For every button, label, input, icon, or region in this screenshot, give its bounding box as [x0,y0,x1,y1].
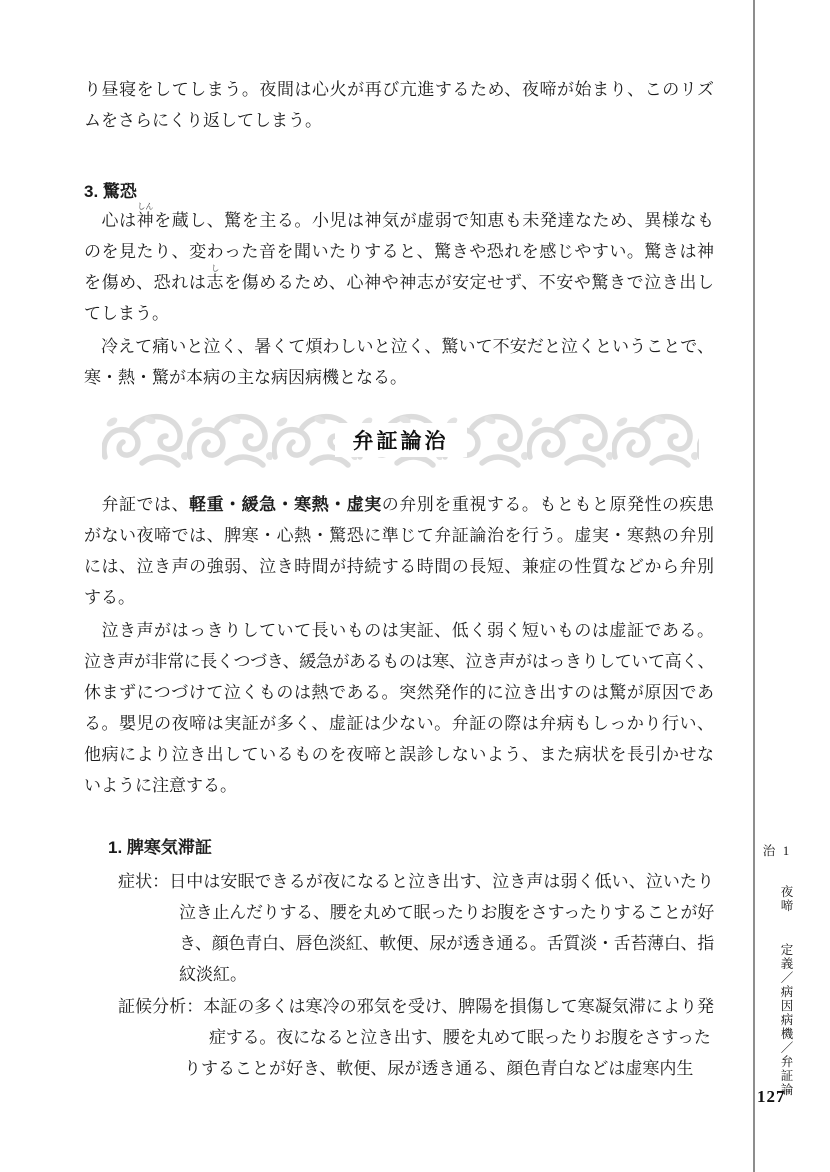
text-line: り昼寝をしてしまう。夜間は心火が再び亢進するため、夜啼が始まり、このリズ [84,74,714,105]
section-banner-title: 弁証論治 [335,423,467,457]
text-segment: ムをさらにくり返してしまう。 [84,111,322,130]
text-segment: き、顔色青白、唇色淡紅、軟便、尿が透き通る。舌質淡・舌苔薄白、指 [179,934,714,953]
text-segment: 1. 脾寒気滞証 [108,838,212,857]
text-line: てしまう。 [84,298,714,329]
text-line: 泣き止んだりする、腰を丸めて眠ったりお腹をさすったりすることが好 [179,897,714,928]
text-line: には、泣き声の強弱、泣き時間が持続する時間の長短、兼症の性質などから弁別 [84,551,714,582]
text-line: 症する。夜になると泣き出す、腰を丸めて眠ったりお腹をさすった [209,1022,714,1053]
text-segment: てしまう。 [84,304,169,323]
text-segment: 泣き止んだりする、腰を丸めて眠ったりお腹をさすったりすることが好 [179,903,714,922]
text-segment: り昼寝をしてしまう。夜間は心火が再び亢進するため、夜啼が始まり、このリズ [84,80,714,99]
block-shoukou-bunseki: 証候分析：本証の多くは寒冷の邪気を受け、脾陽を損傷して寒凝気滞により発症する。夜… [84,991,714,1084]
text-segment: する。 [84,588,135,607]
text-line: 泣き声が非常に長くつづき、緩急があるものは寒、泣き声がはっきりしていて高く、 [84,646,714,677]
ruby-annotation: し [211,265,219,273]
paragraph-summary: 冷えて痛いと泣く、暑くて煩わしいと泣く、驚いて不安だと泣くということで、寒・熱・… [84,331,714,393]
text-line: き、顔色青白、唇色淡紅、軟便、尿が透き通る。舌質淡・舌苔薄白、指 [179,928,714,959]
text-line: 泣き声がはっきりしていて長いものは実証、低く弱く短いものは虚証である。 [84,615,714,646]
heading-kyoukyou: 3. 驚恐 [84,176,714,207]
section-banner: 弁証論治 [102,411,699,468]
text-line: 証候分析：本証の多くは寒冷の邪気を受け、脾陽を損傷して寒凝気滞により発 [118,991,714,1022]
text-segment: 心は [84,211,137,230]
paragraph-rhythm: り昼寝をしてしまう。夜間は心火が再び亢進するため、夜啼が始まり、このリズムをさら… [84,74,714,136]
text-segment: を傷めるため、心神や神志が安定せず、不安や驚きで泣き出し [224,273,714,292]
text-segment: 紋淡紅。 [179,965,247,984]
text-line: 寒・熱・驚が本病の主な病因病機となる。 [84,362,714,393]
emphasized-text: 軽重・緩急・寒熱・虚実 [189,495,382,514]
page-number: 127 [757,1087,786,1107]
heading-hikan-kitai: 1. 脾寒気滞証 [84,832,714,863]
text-line: を傷め、恐れは志しを傷めるため、心神や神志が安定せず、不安や驚きで泣き出し [84,267,714,298]
text-segment: の弁別を重視する。もともと原発性の疾患 [382,495,714,514]
text-line: 紋淡紅。 [179,959,714,990]
text-segment: には、泣き声の強弱、泣き時間が持続する時間の長短、兼症の性質などから弁別 [84,557,714,576]
text-segment: 神しん [137,211,155,230]
text-line: 1. 脾寒気滞証 [108,832,714,863]
text-line: 弁証では、軽重・緩急・寒熱・虚実の弁別を重視する。もともと原発性の疾患 [84,489,714,520]
text-segment: 弁証では、 [84,495,189,514]
book-page: り昼寝をしてしまう。夜間は心火が再び亢進するため、夜啼が始まり、このリズムをさら… [0,0,830,1172]
text-segment: 泣き声が非常に長くつづき、緩急があるものは寒、泣き声がはっきりしていて高く、 [84,652,714,671]
chapter-title: 夜啼 [779,875,793,913]
text-line: 心は神しんを蔵し、驚を主る。小児は神気が虚弱で知恵も未発達なため、異様なも [84,205,714,236]
text-line: 他病により泣き出しているものを夜啼と誤診しないよう、また病状を長引かせな [84,739,714,770]
text-segment: 寒・熱・驚が本病の主な病因病機となる。 [84,368,407,387]
text-line: のを見たり、変わった音を聞いたりすると、驚きや恐れを感じやすい。驚きは神 [84,236,714,267]
sidebar-rule [753,0,755,1172]
text-segment: を蔵し、驚を主る。小児は神気が虚弱で知恵も未発達なため、異様なも [154,211,714,230]
text-line: いように注意する。 [84,770,714,801]
text-line: りすることが好き、軟便、尿が透き通る、顔色青白などは虚寒内生 [184,1053,714,1084]
text-segment: のを見たり、変わった音を聞いたりすると、驚きや恐れを感じやすい。驚きは神 [84,242,714,261]
sidebar-chapter-marker: 1 夜啼 定義／病因病機／弁証論治 [759,844,795,1104]
paragraph-kyoukyou: 心は神しんを蔵し、驚を主る。小児は神気が虚弱で知恵も未発達なため、異様なものを見… [84,205,714,329]
text-line: がない夜啼では、脾寒・心熱・驚恐に準じて弁証論治を行う。虚実・寒熱の弁別 [84,520,714,551]
text-segment: いように注意する。 [84,776,237,795]
text-segment: 志し [206,273,224,292]
text-segment: りすることが好き、軟便、尿が透き通る、顔色青白などは虚寒内生 [184,1059,693,1078]
text-line: 冷えて痛いと泣く、暑くて煩わしいと泣く、驚いて不安だと泣くということで、 [84,331,714,362]
text-line: する。 [84,582,714,613]
text-line: る。嬰児の夜啼は実証が多く、虚証は少ない。弁証の際は弁病もしっかり行い、 [84,708,714,739]
text-segment: 症する。夜になると泣き出す、腰を丸めて眠ったりお腹をさすった [209,1028,711,1047]
text-segment: 症状：日中は安眠できるが夜になると泣き出す、泣き声は弱く低い、泣いたり [118,872,714,891]
text-segment: がない夜啼では、脾寒・心熱・驚恐に準じて弁証論治を行う。虚実・寒熱の弁別 [84,526,714,545]
text-segment: 3. 驚恐 [84,182,137,201]
ruby-annotation: しん [137,203,153,211]
text-line: 症状：日中は安眠できるが夜になると泣き出す、泣き声は弱く低い、泣いたり [118,866,714,897]
text-segment: 証候分析：本証の多くは寒冷の邪気を受け、脾陽を損傷して寒凝気滞により発 [118,997,714,1016]
text-segment: を傷め、恐れは [84,273,206,292]
text-line: 3. 驚恐 [84,176,714,207]
text-segment: 泣き声がはっきりしていて長いものは実証、低く弱く短いものは虚証である。 [84,621,714,640]
text-line: ムをさらにくり返してしまう。 [84,105,714,136]
paragraph-benshou-2: 泣き声がはっきりしていて長いものは実証、低く弱く短いものは虚証である。泣き声が非… [84,615,714,801]
text-segment: 休まずにつづけて泣くものは熱である。突然発作的に泣き出すのは驚が原因であ [84,683,714,702]
text-segment: 冷えて痛いと泣く、暑くて煩わしいと泣く、驚いて不安だと泣くということで、 [84,337,714,356]
text-line: 休まずにつづけて泣くものは熱である。突然発作的に泣き出すのは驚が原因であ [84,677,714,708]
block-shoujou: 症状：日中は安眠できるが夜になると泣き出す、泣き声は弱く低い、泣いたり泣き止んだ… [84,866,714,990]
text-segment: 他病により泣き出しているものを夜啼と誤診しないよう、また病状を長引かせな [84,745,714,764]
paragraph-benshou-1: 弁証では、軽重・緩急・寒熱・虚実の弁別を重視する。もともと原発性の疾患がない夜啼… [84,489,714,613]
text-segment: る。嬰児の夜啼は実証が多く、虚証は少ない。弁証の際は弁病もしっかり行い、 [84,714,714,733]
chapter-number: 1 [779,844,793,860]
